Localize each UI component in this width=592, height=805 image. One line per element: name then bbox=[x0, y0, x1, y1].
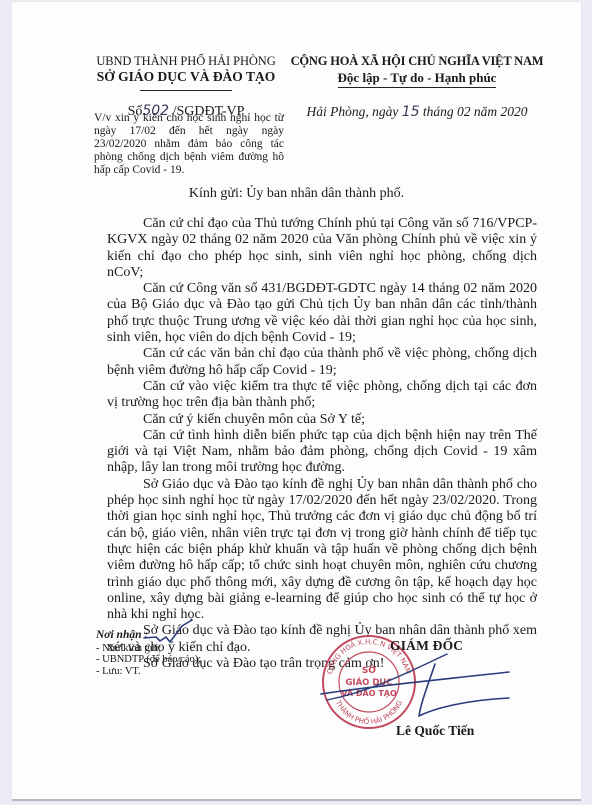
nation-title: CỘNG HOÀ XÃ HỘI CHỦ NGHĨA VIỆT NAM bbox=[282, 54, 552, 69]
recipient-item: - UBNDTP (để báo cáo); bbox=[96, 654, 201, 666]
body-paragraph: Căn cứ tình hình diễn biến phức tạp của … bbox=[107, 428, 537, 477]
issue-date: Hải Phòng, ngày 15 tháng 02 năm 2020 bbox=[282, 104, 552, 120]
agency-underline bbox=[140, 90, 232, 91]
date-day-handwritten: 15 bbox=[402, 104, 420, 120]
body-paragraph: Căn cứ vào việc kiểm tra thực tế việc ph… bbox=[107, 379, 537, 412]
document-page: UBND THÀNH PHỐ HẢI PHÒNG SỞ GIÁO DỤC VÀ … bbox=[12, 2, 581, 801]
issuing-agency-block: UBND THÀNH PHỐ HẢI PHÒNG SỞ GIÁO DỤC VÀ … bbox=[82, 54, 290, 120]
body-paragraph: Căn cứ ý kiến chuyên môn của Sở Y tế; bbox=[107, 412, 537, 428]
addressee: Kính gửi: Ủy ban nhân dân thành phố. bbox=[12, 186, 581, 202]
body-paragraph: Căn cứ Công văn số 431/BGDĐT-GDTC ngày 1… bbox=[107, 281, 537, 346]
initial-checkmark-icon bbox=[142, 618, 202, 648]
handwritten-signature-icon bbox=[317, 642, 517, 732]
body-paragraph: Căn cứ chỉ đạo của Thủ tướng Chính phủ t… bbox=[107, 216, 537, 281]
body-paragraph: Sở Giáo dục và Đào tạo kính đề nghị Ủy b… bbox=[107, 477, 537, 624]
document-body: Căn cứ chỉ đạo của Thủ tướng Chính phủ t… bbox=[107, 216, 537, 672]
parent-agency: UBND THÀNH PHỐ HẢI PHÒNG bbox=[82, 54, 290, 69]
date-prefix: Hải Phòng, ngày bbox=[306, 104, 398, 119]
body-paragraph: Căn cứ các văn bản chỉ đạo của thành phố… bbox=[107, 346, 537, 379]
document-subject: V/v xin ý kiến cho học sinh nghỉ học từ … bbox=[94, 112, 284, 177]
national-header-block: CỘNG HOÀ XÃ HỘI CHỦ NGHĨA VIỆT NAM Độc l… bbox=[282, 54, 552, 120]
date-suffix: tháng 02 năm 2020 bbox=[423, 104, 528, 119]
recipient-item: - Lưu: VT. bbox=[96, 666, 201, 678]
national-motto: Độc lập - Tự do - Hạnh phúc bbox=[338, 70, 497, 88]
agency-name: SỞ GIÁO DỤC VÀ ĐÀO TẠO bbox=[82, 69, 290, 85]
signer-name: Lê Quốc Tiến bbox=[396, 723, 474, 739]
